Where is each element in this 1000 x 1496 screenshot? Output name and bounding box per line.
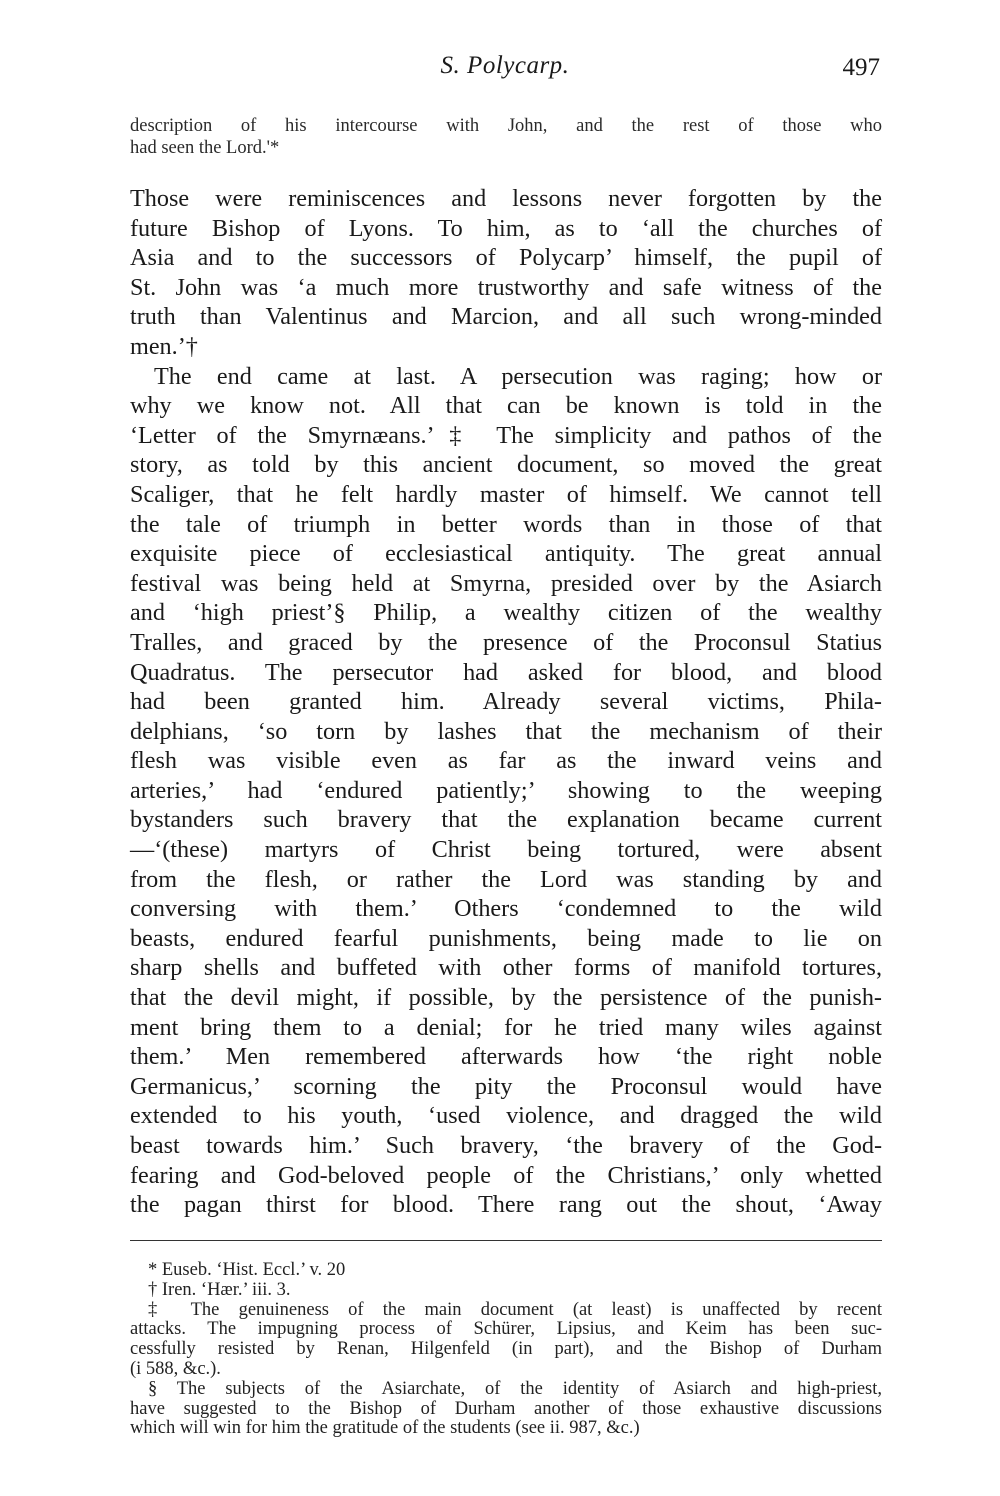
- text-line: description of his intercourse with John…: [130, 115, 882, 137]
- page-header: S. Polycarp. 497: [130, 52, 880, 88]
- text-line: ‘Letter of the Smyrnæans.’‡ The simplici…: [130, 421, 882, 451]
- text-line: delphians, ‘so torn by lashes that the m…: [130, 717, 882, 747]
- footnote-line: cessfully resisted by Renan, Hilgenfeld …: [130, 1340, 882, 1360]
- text-line: had seen the Lord.'*: [130, 137, 882, 159]
- footnote-line: have suggested to the Bishop of Durham a…: [130, 1400, 882, 1420]
- text-line: beast towards him.’ Such bravery, ‘the b…: [130, 1131, 882, 1161]
- footnote-section: § The subjects of the Asiarchate, of the…: [130, 1380, 882, 1400]
- text-line: Asia and to the successors of Polycarp’ …: [130, 243, 882, 273]
- text-line: fearing and God-beloved people of the Ch…: [130, 1161, 882, 1191]
- footnote-line: attacks. The impugning process of Schüre…: [130, 1320, 882, 1340]
- running-title: S. Polycarp.: [130, 52, 880, 80]
- text-line: arteries,’ had ‘endured patiently;’ show…: [130, 776, 882, 806]
- text-line: why we know not. All that can be known i…: [130, 391, 882, 421]
- text-line: Tralles, and graced by the presence of t…: [130, 628, 882, 658]
- text-line: the pagan thirst for blood. There rang o…: [130, 1190, 882, 1220]
- text-line: sharp shells and buffeted with other for…: [130, 953, 882, 983]
- text-line: bystanders such bravery that the explana…: [130, 805, 882, 835]
- text-line: and ‘high priest’§ Philip, a wealthy cit…: [130, 598, 882, 628]
- text-line: future Bishop of Lyons. To him, as to ‘a…: [130, 214, 882, 244]
- text-line: St. John was ‘a much more trustworthy an…: [130, 273, 882, 303]
- footnotes: * Euseb. ‘Hist. Eccl.’ v. 20 † Iren. ‘Hæ…: [130, 1261, 882, 1439]
- continued-quotation: description of his intercourse with John…: [130, 115, 882, 159]
- text-line: had been granted him. Already several vi…: [130, 687, 882, 717]
- text-line: ment bring them to a denial; for he trie…: [130, 1013, 882, 1043]
- footnote-line: (i 588, &c.).: [130, 1360, 882, 1380]
- text-line: —‘(these) martyrs of Christ being tortur…: [130, 835, 882, 865]
- footnote-double-dagger: ‡ The genuineness of the main document (…: [130, 1301, 882, 1321]
- text-line: men.’†: [130, 332, 882, 362]
- text-line: festival was being held at Smyrna, presi…: [130, 569, 882, 599]
- footnote-divider: [130, 1240, 882, 1241]
- text-line: truth than Valentinus and Marcion, and a…: [130, 302, 882, 332]
- text-line: exquisite piece of ecclesiastical antiqu…: [130, 539, 882, 569]
- main-text: Those were reminiscences and lessons nev…: [130, 184, 882, 1220]
- text-line: conversing with them.’ Others ‘condemned…: [130, 894, 882, 924]
- text-line: beasts, endured fearful punishments, bei…: [130, 924, 882, 954]
- text-line: Quadratus. The persecutor had asked for …: [130, 658, 882, 688]
- text-line: story, as told by this ancient document,…: [130, 450, 882, 480]
- text-line: The end came at last. A persecution was …: [130, 362, 882, 392]
- footnote-line: which will win for him the gratitude of …: [130, 1419, 882, 1439]
- text-line: the tale of triumph in better words than…: [130, 510, 882, 540]
- text-line: them.’ Men remembered afterwards how ‘th…: [130, 1042, 882, 1072]
- footnote-dagger: † Iren. ‘Hær.’ iii. 3.: [130, 1281, 882, 1301]
- text-line: Scaliger, that he felt hardly master of …: [130, 480, 882, 510]
- text-line: Germanicus,’ scorning the pity the Proco…: [130, 1072, 882, 1102]
- text-line: that the devil might, if possible, by th…: [130, 983, 882, 1013]
- text-line: Those were reminiscences and lessons nev…: [130, 184, 882, 214]
- text-line: from the flesh, or rather the Lord was s…: [130, 865, 882, 895]
- text-line: flesh was visible even as far as the inw…: [130, 746, 882, 776]
- page-number: 497: [843, 54, 881, 82]
- text-line: extended to his youth, ‘used violence, a…: [130, 1101, 882, 1131]
- footnote-asterisk: * Euseb. ‘Hist. Eccl.’ v. 20: [130, 1261, 882, 1281]
